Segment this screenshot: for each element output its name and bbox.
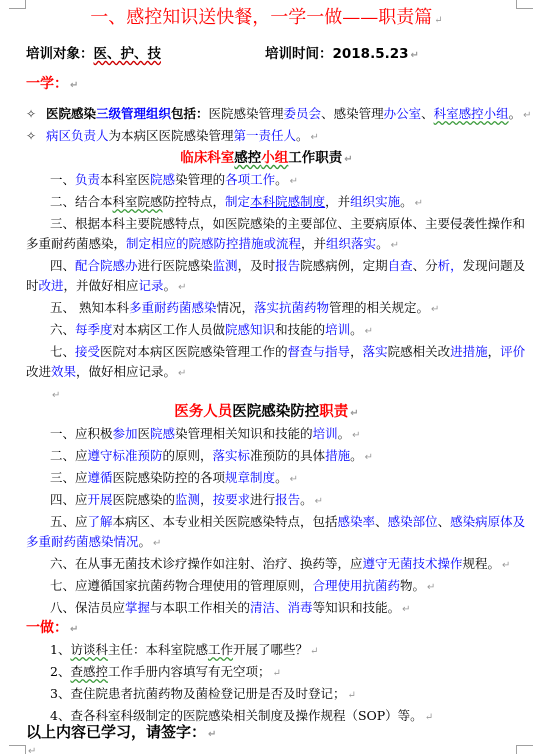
diamond-bullet-icon: ✧ [26,126,42,146]
clinical-group-duties-heading: 临床科室感控小组工作职责↵ [0,148,533,170]
clinical-duty-7-cont: 改进效果，做好相应记录。↵ [26,362,186,384]
staff-duty-3: 三、应遵循医院感染防控的各项规章制度。↵ [50,468,298,490]
do-item-2: 2、查感控工作手册内容填写有无空项；↵ [50,662,281,684]
staff-duty-7: 七、应遵循国家抗菌药物合理使用的管理原则，合理使用抗菌药物。↵ [50,576,435,598]
staff-duty-1: 一、应积极参加医院感染管理相关知识和技能的培训。↵ [50,424,361,446]
section-do-heading: 一做：↵ [26,618,78,640]
page-corner-mark [516,745,533,754]
signature-prompt: 以上内容已学习，请签字：↵ [26,722,216,745]
clinical-duty-2: 二、结合本科室院感防控特点，制定本科院感制度，并组织实施。↵ [50,192,423,214]
do-item-1: 1、访谈科主任：本科室院感工作开展了哪些？↵ [50,640,318,662]
clinical-duty-6: 六、每季度对本病区工作人员做院感知识和技能的培训。↵ [50,320,373,342]
staff-duty-5-cont: 多重耐药菌感染情况。↵ [26,532,161,554]
page-corner-mark [9,745,26,754]
clinical-duty-4: 四、配合院感办进行医院感染监测，及时报告院感病例，定期自查、分析，发现问题及 [50,256,525,276]
do-item-3: 3、查住院患者抗菌药物及菌检登记册是否及时登记；↵ [50,684,356,706]
bullet-item: ✧ 医院感染三级管理组织包括：医院感染管理委员会、感染管理办公室、科室感控小组。… [26,104,532,126]
clinical-duty-7: 七、接受医院对本病区医院感染管理工作的督查与指导，落实院感相关改进措施，评价 [50,342,525,362]
training-time: 培训时间：2018.5.23↵ [265,44,419,66]
bullet-item: ✧ 病区负责人为本病区医院感染管理第一责任人。↵ [26,126,319,148]
diamond-bullet-icon: ✧ [26,104,42,124]
clinical-duty-5: 五、 熟知本科多重耐药菌感染情况，落实抗菌药物管理的相关规定。↵ [50,298,439,320]
clinical-duty-1: 一、负责本科室医院感染管理的各项工作。↵ [50,170,298,192]
staff-duty-2: 二、应遵守标准预防的原则，落实标准预防的具体措施。↵ [50,446,373,468]
section-learn-heading: 一学：↵ [26,74,78,96]
staff-duty-6: 六、在从事无菌技术诊疗操作如注射、治疗、换药等，应遵守无菌技术操作规程。↵ [50,554,510,576]
staff-duty-8: 八、保洁员应掌握与本职工作相关的清洁、消毒等知识和技能。↵ [50,598,410,620]
staff-duties-heading: 医务人员医院感染防控职责↵ [0,402,533,424]
clinical-duty-4-cont: 时改进，并做好相应记录。↵ [26,276,186,298]
staff-duty-4: 四、应开展医院感染的监测，按要求进行报告。↵ [50,490,323,512]
document-title: 一、感控知识送快餐，一学一做——职责篇↵ [0,8,533,31]
clinical-duty-3: 三、根据本科主要院感特点，如医院感染的主要部位、主要病原体、主要侵袭性操作和 [50,214,525,234]
staff-duty-5: 五、应了解本病区、本专业相关医院感染特点，包括感染率、感染部位、感染病原体及 [50,512,525,532]
training-target: 培训对象：医、护、技 [26,44,161,64]
clinical-duty-3-cont: 多重耐药菌感染，制定相应的院感防控措施或流程，并组织落实。↵ [26,234,399,256]
empty-paragraph: ↵ [26,740,36,754]
